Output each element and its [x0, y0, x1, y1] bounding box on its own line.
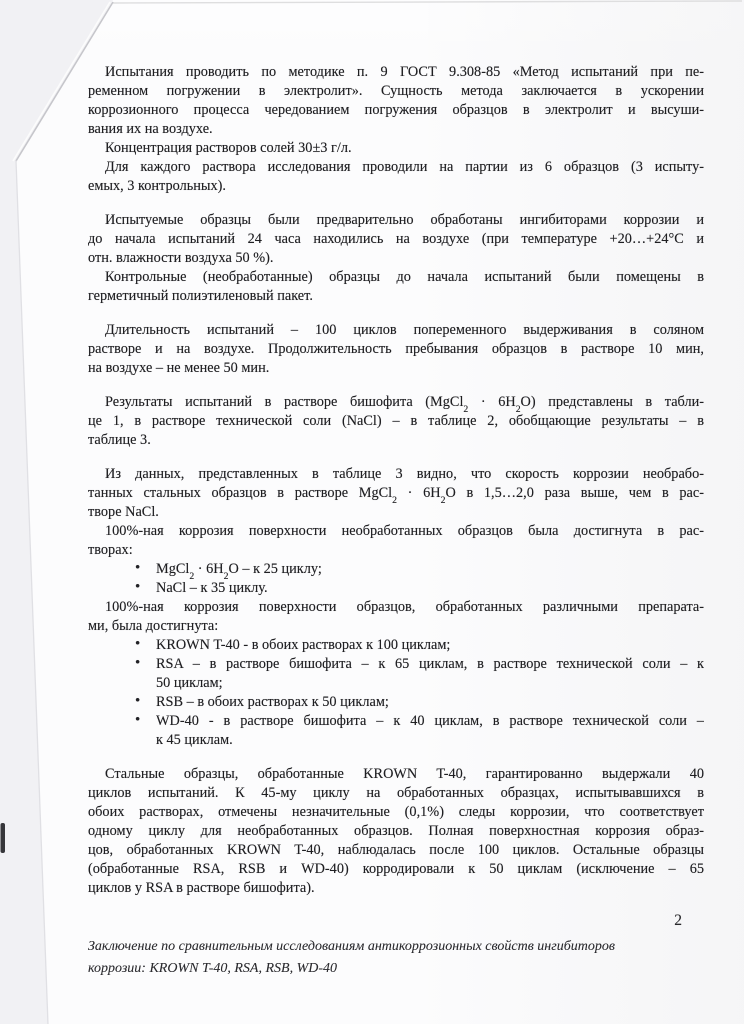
paragraph: Испытания проводить по методике п. 9 ГОС… — [88, 63, 704, 139]
bullet-item: WD-40 - в растворе бишофита – к 40 цикла… — [88, 712, 704, 750]
text-line: WD-40 - в растворе бишофита – к 40 цикла… — [156, 712, 704, 731]
text-line: цов, обработанных KROWN T-40, наблюдалас… — [88, 841, 704, 860]
paragraph: Длительность испытаний – 100 циклов попе… — [88, 321, 704, 378]
text-line: циклов у RSA в растворе бишофита). — [88, 879, 704, 898]
text-line: коррозионного процесса чередованием погр… — [88, 101, 704, 120]
text-line: к 45 циклам. — [156, 731, 704, 750]
text-line: це 1, в растворе технической соли (NaCl)… — [88, 412, 704, 431]
paragraph: Стальные образцы, обработанные KROWN T-4… — [88, 765, 704, 898]
paragraph: Испытуемые образцы были предварительно о… — [88, 211, 704, 268]
text-line: NaCl – к 35 циклу. — [156, 579, 704, 598]
paragraph: Из данных, представленных в таблице 3 ви… — [88, 465, 704, 522]
bullet-item: KROWN T-40 - в обоих растворах к 100 цик… — [88, 636, 704, 655]
text-line: таблице 3. — [88, 431, 704, 450]
text-line: до начала испытаний 24 часа находились н… — [88, 230, 704, 249]
text-line: Длительность испытаний – 100 циклов попе… — [88, 321, 704, 340]
page-top-edge-line — [113, 1, 742, 3]
text-line: Концентрация растворов солей 30±3 г/л. — [88, 139, 704, 158]
text-line: емых, 3 контрольных). — [88, 177, 704, 196]
scanned-document-page: { "document": { "page_number": "2", "foo… — [0, 0, 744, 1024]
text-line: танных стальных образцов в растворе MgCl… — [88, 484, 704, 503]
text-line: обоих растворах, отмечены незначительные… — [88, 803, 704, 822]
text-line: вания их на воздухе. — [88, 120, 704, 139]
footer-note: Заключение по сравнительным исследования… — [88, 936, 728, 980]
paragraph: 100%-ная коррозия поверхности необработа… — [88, 522, 704, 560]
text-line: одному циклу для необработанных образцов… — [88, 822, 704, 841]
bullet-item: NaCl – к 35 циклу. — [88, 579, 704, 598]
text-line: MgCl2 · 6H2O – к 25 циклу; — [156, 560, 704, 579]
text-line: RSB – в обоих растворах к 50 циклам; — [156, 693, 704, 712]
text-line: творе NaCl. — [88, 503, 704, 522]
text-line: 50 циклам; — [156, 674, 704, 693]
text-line: творах: — [88, 541, 704, 560]
bullet-item: RSB – в обоих растворах к 50 циклам; — [88, 693, 704, 712]
document-body: Испытания проводить по методике п. 9 ГОС… — [88, 63, 704, 898]
text-line: Контрольные (необработанные) образцы до … — [88, 268, 704, 287]
bullet-item: RSA – в растворе бишофита – к 65 циклам,… — [88, 655, 704, 693]
paragraph: Контрольные (необработанные) образцы до … — [88, 268, 704, 306]
text-line: растворе и на воздухе. Продолжительность… — [88, 340, 704, 359]
footer-line-1: Заключение по сравнительным исследования… — [88, 936, 728, 958]
text-line: 100%-ная коррозия поверхности образцов, … — [88, 598, 704, 617]
text-line: (обработанные RSA, RSB и WD-40) корродир… — [88, 860, 704, 879]
text-line: Результаты испытаний в растворе бишофита… — [88, 393, 704, 412]
text-line: на воздухе – не менее 50 мин. — [88, 359, 704, 378]
paragraph: Концентрация растворов солей 30±3 г/л. — [88, 139, 704, 158]
page-left-edge-line — [16, 160, 48, 1024]
text-line: KROWN T-40 - в обоих растворах к 100 цик… — [156, 636, 704, 655]
text-line: ми, была достигнута: — [88, 617, 704, 636]
text-line: Из данных, представленных в таблице 3 ви… — [88, 465, 704, 484]
text-line: Испытания проводить по методике п. 9 ГОС… — [88, 63, 704, 82]
paragraph: Результаты испытаний в растворе бишофита… — [88, 393, 704, 450]
bullet-item: MgCl2 · 6H2O – к 25 циклу; — [88, 560, 704, 579]
text-line: Испытуемые образцы были предварительно о… — [88, 211, 704, 230]
text-line: ременном погружении в электролит». Сущно… — [88, 82, 704, 101]
text-line: Стальные образцы, обработанные KROWN T-4… — [88, 765, 704, 784]
text-line: 100%-ная коррозия поверхности необработа… — [88, 522, 704, 541]
paragraph: Для каждого раствора исследования провод… — [88, 158, 704, 196]
text-line: Для каждого раствора исследования провод… — [88, 158, 704, 177]
text-line: RSA – в растворе бишофита – к 65 циклам,… — [156, 655, 704, 674]
page-number: 2 — [88, 912, 704, 930]
text-line: отн. влажности воздуха 50 %). — [88, 249, 704, 268]
scan-ink-mark — [1, 823, 6, 853]
text-line: герметичный полиэтиленовый пакет. — [88, 287, 704, 306]
text-line: циклов испытаний. К 45-му циклу на обраб… — [88, 784, 704, 803]
footer-line-2: коррозии: KROWN T-40, RSA, RSB, WD-40 — [88, 958, 728, 980]
paragraph: 100%-ная коррозия поверхности образцов, … — [88, 598, 704, 636]
